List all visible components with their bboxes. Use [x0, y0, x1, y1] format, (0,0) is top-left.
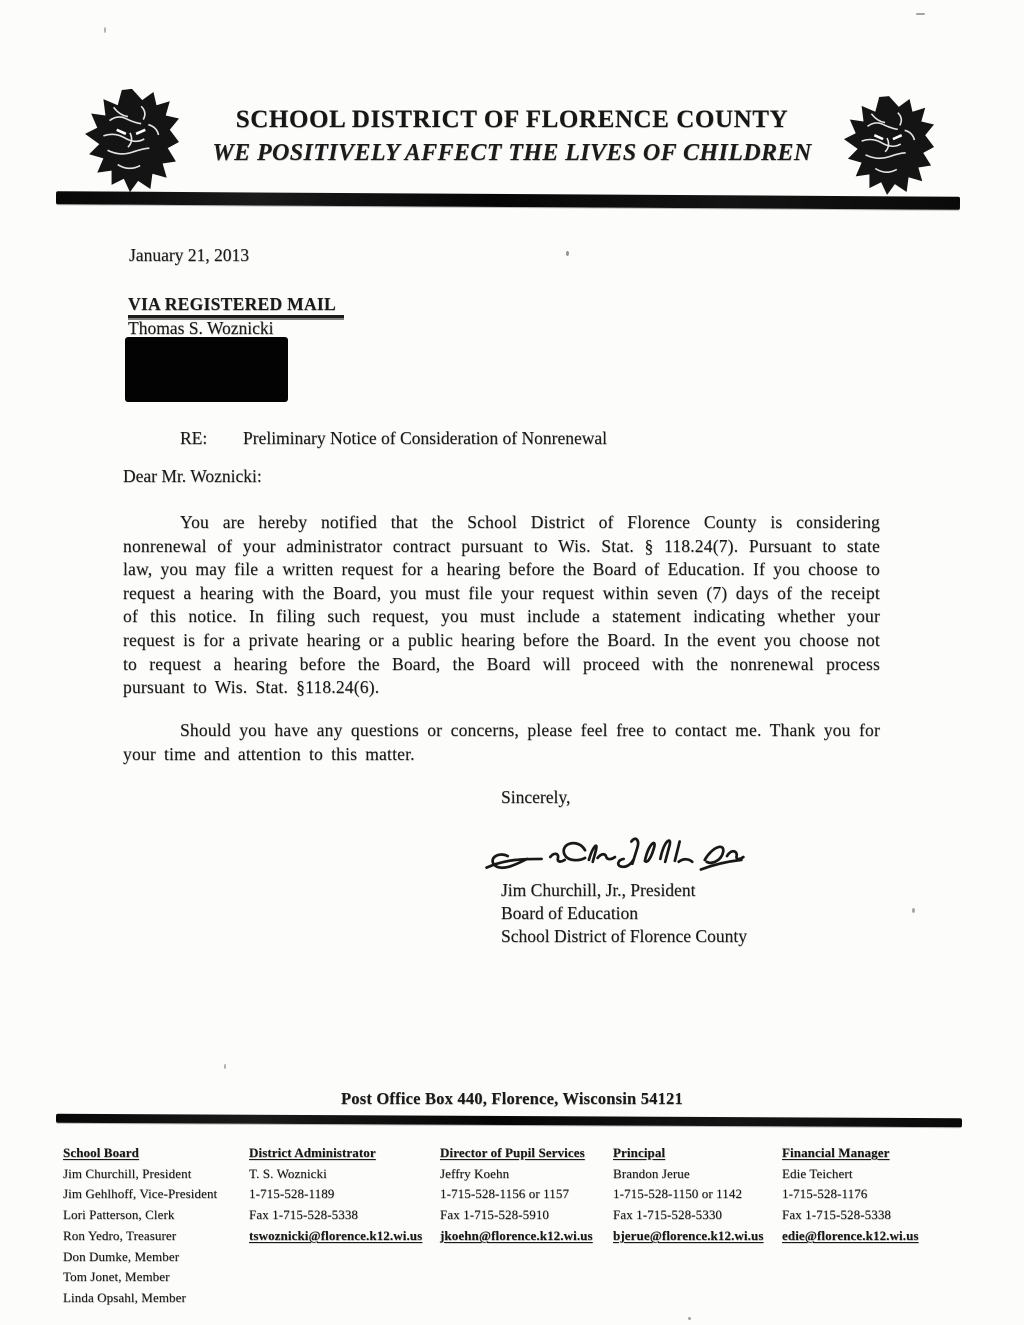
po-box-address: Post Office Box 440, Florence, Wisconsin…: [0, 1089, 1024, 1109]
column-heading: Director of Pupil Services: [440, 1143, 618, 1164]
scan-speck: [224, 1064, 226, 1069]
footer-column-school-board: School Board Jim Churchill, President Ji…: [63, 1143, 249, 1309]
scanned-letter-page: SCHOOL DISTRICT OF FLORENCE COUNTY WE PO…: [0, 0, 1024, 1325]
re-label: RE:: [180, 428, 207, 449]
contact-name: Jeffry Koehn: [440, 1164, 618, 1185]
footer-column-pupil-services: Director of Pupil Services Jeffry Koehn …: [440, 1143, 618, 1247]
scan-speck: [912, 908, 915, 913]
contact-phone: 1-715-528-1156 or 1157: [440, 1184, 618, 1205]
letter-date: January 21, 2013: [129, 245, 249, 266]
board-member: Lori Patterson, Clerk: [63, 1205, 249, 1226]
scan-speck: [104, 27, 106, 33]
column-heading: District Administrator: [249, 1143, 445, 1164]
contact-fax: Fax 1-715-528-5910: [440, 1205, 618, 1226]
salutation: Dear Mr. Woznicki:: [123, 466, 262, 487]
column-heading: Principal: [613, 1143, 785, 1164]
board-member: Linda Opsahl, Member: [63, 1288, 249, 1309]
delivery-method-line: VIA REGISTERED MAIL: [128, 294, 344, 315]
board-member: Tom Jonet, Member: [63, 1267, 249, 1288]
contact-email: bjerue@florence.k12.wi.us: [613, 1226, 785, 1247]
closing: Sincerely,: [501, 787, 570, 808]
via-registered-mail-label: VIA REGISTERED MAIL: [128, 294, 344, 315]
re-subject: Preliminary Notice of Consideration of N…: [243, 428, 607, 449]
header-divider-bar: [56, 191, 960, 210]
recipient-name: Thomas S. Woznicki: [128, 318, 274, 339]
signer-org-line2: School District of Florence County: [501, 926, 747, 947]
footer-column-financial-manager: Financial Manager Edie Teichert 1-715-52…: [782, 1143, 968, 1247]
column-heading: School Board: [63, 1143, 249, 1164]
contact-email: edie@florence.k12.wi.us: [782, 1226, 968, 1247]
signer-org-line1: Board of Education: [501, 903, 638, 924]
footer-column-principal: Principal Brandon Jerue 1-715-528-1150 o…: [613, 1143, 785, 1247]
contact-phone: 1-715-528-1189: [249, 1184, 445, 1205]
contact-phone: 1-715-528-1150 or 1142: [613, 1184, 785, 1205]
district-title: SCHOOL DISTRICT OF FLORENCE COUNTY: [0, 106, 1024, 134]
footer-divider-bar: [56, 1114, 962, 1127]
scan-speck: [688, 1317, 691, 1320]
contact-phone: 1-715-528-1176: [782, 1184, 968, 1205]
body-paragraph-1: You are hereby notified that the School …: [123, 511, 880, 700]
contact-email: jkoehn@florence.k12.wi.us: [440, 1226, 618, 1247]
board-member: Jim Churchill, President: [63, 1164, 249, 1185]
column-heading: Financial Manager: [782, 1143, 968, 1164]
contact-fax: Fax 1-715-528-5338: [782, 1205, 968, 1226]
contact-fax: Fax 1-715-528-5330: [613, 1205, 785, 1226]
contact-name: Edie Teichert: [782, 1164, 968, 1185]
signer-name: Jim Churchill, Jr., President: [501, 880, 695, 901]
board-member: Jim Gehlhoff, Vice-President: [63, 1184, 249, 1205]
letterhead: SCHOOL DISTRICT OF FLORENCE COUNTY WE PO…: [0, 106, 1024, 167]
district-tagline: WE POSITIVELY AFFECT THE LIVES OF CHILDR…: [0, 140, 1024, 167]
contact-fax: Fax 1-715-528-5338: [249, 1205, 445, 1226]
contact-name: Brandon Jerue: [613, 1164, 785, 1185]
board-member: Ron Yedro, Treasurer: [63, 1226, 249, 1247]
redacted-address-block: [125, 337, 288, 402]
footer-column-district-administrator: District Administrator T. S. Woznicki 1-…: [249, 1143, 445, 1247]
contact-name: T. S. Woznicki: [249, 1164, 445, 1185]
scan-speck: [916, 13, 925, 15]
scan-speck: [566, 251, 569, 256]
contact-email: tswoznicki@florence.k12.wi.us: [249, 1226, 445, 1247]
board-member: Don Dumke, Member: [63, 1247, 249, 1268]
body-paragraph-2: Should you have any questions or concern…: [123, 719, 880, 766]
